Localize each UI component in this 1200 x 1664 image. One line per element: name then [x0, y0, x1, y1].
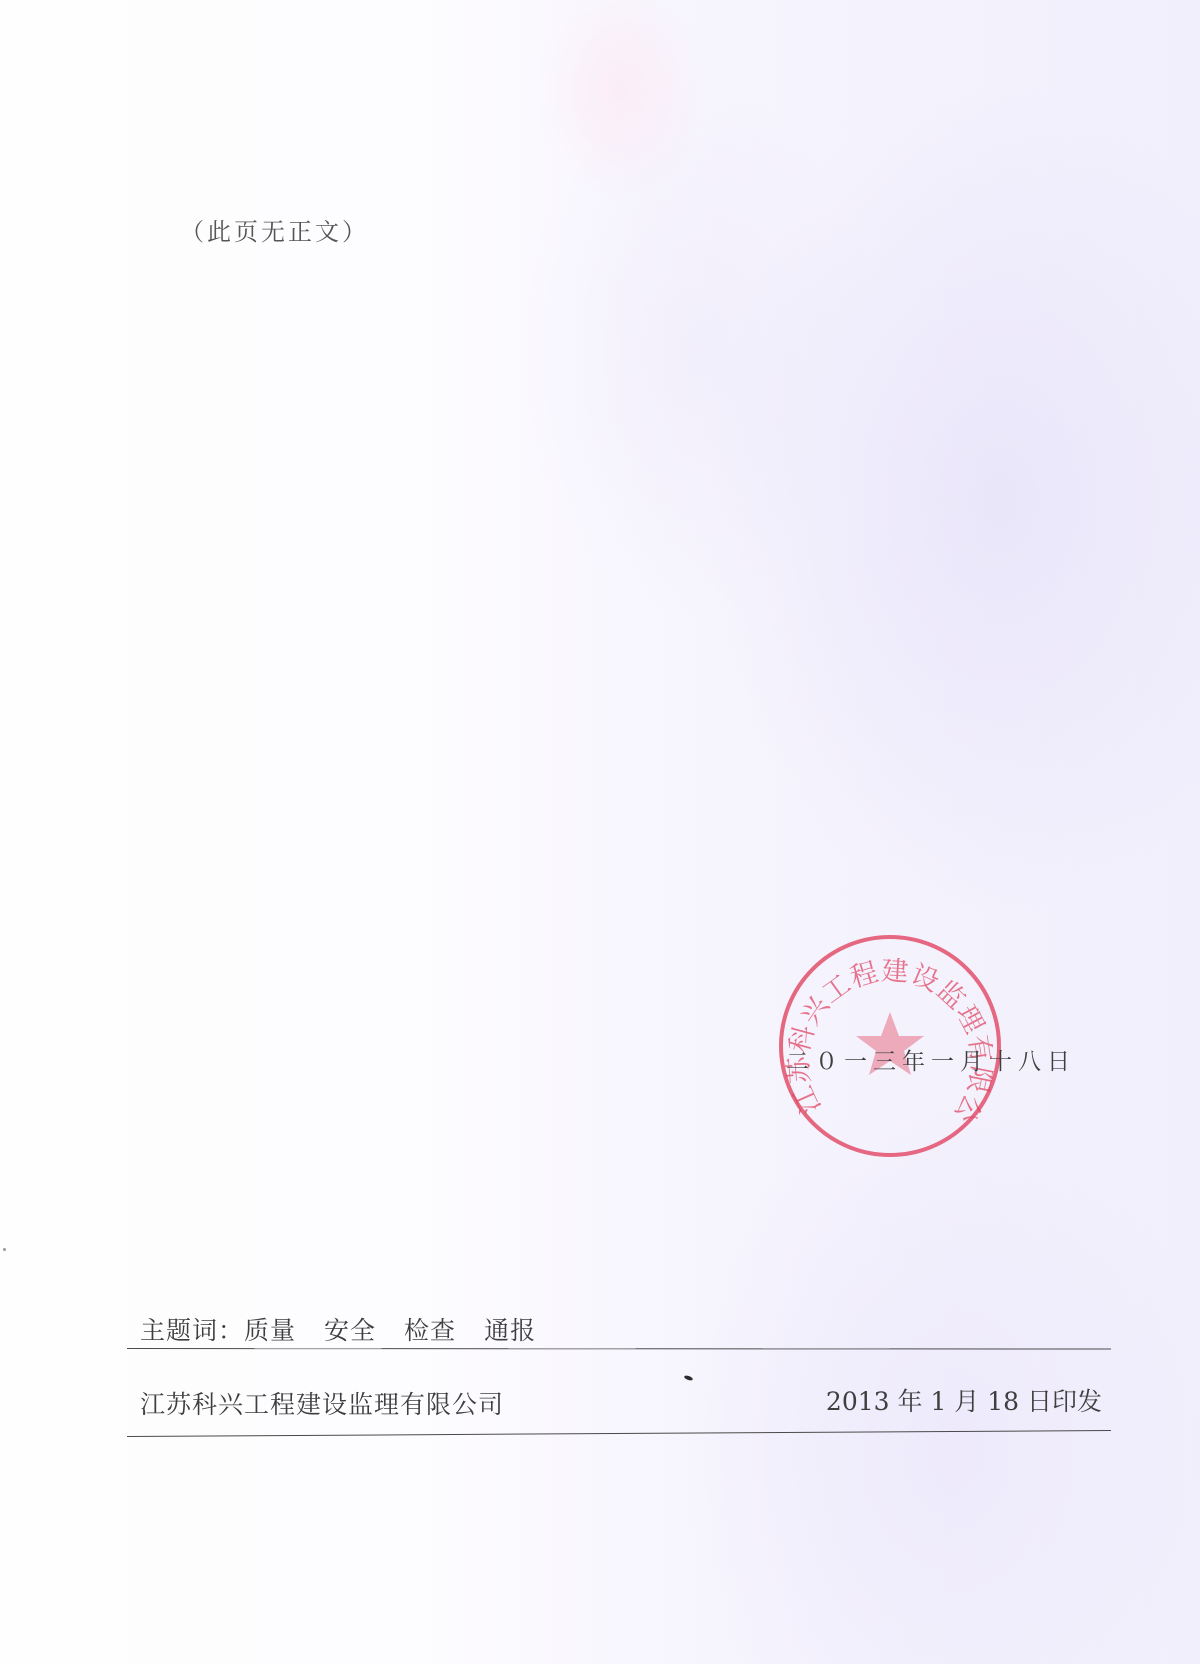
keywords-line: 主题词：质量安全检查通报: [140, 1311, 564, 1347]
no-body-note: （此页无正文）: [180, 212, 369, 247]
keyword: 检查: [404, 1316, 456, 1345]
keyword: 安全: [324, 1316, 376, 1345]
issuer-name: 江苏科兴工程建设监理有限公司: [140, 1385, 504, 1421]
keywords-label: 主题词：: [140, 1316, 244, 1345]
issue-date: 2013 年 1 月 18 日印发: [826, 1382, 1102, 1418]
scan-speck: [3, 1248, 6, 1251]
divider-top: [127, 1348, 1111, 1350]
signature-date: 二０一三年一月十八日: [786, 1043, 1076, 1076]
keyword: 通报: [484, 1316, 536, 1345]
divider-bottom: [127, 1430, 1111, 1437]
keyword: 质量: [244, 1316, 296, 1345]
document-page: （此页无正文） 江苏科兴工程建设监理有限公司 二０一三年一月十八日 主题词：质量…: [0, 0, 1200, 1664]
scan-speck: [684, 1375, 694, 1382]
